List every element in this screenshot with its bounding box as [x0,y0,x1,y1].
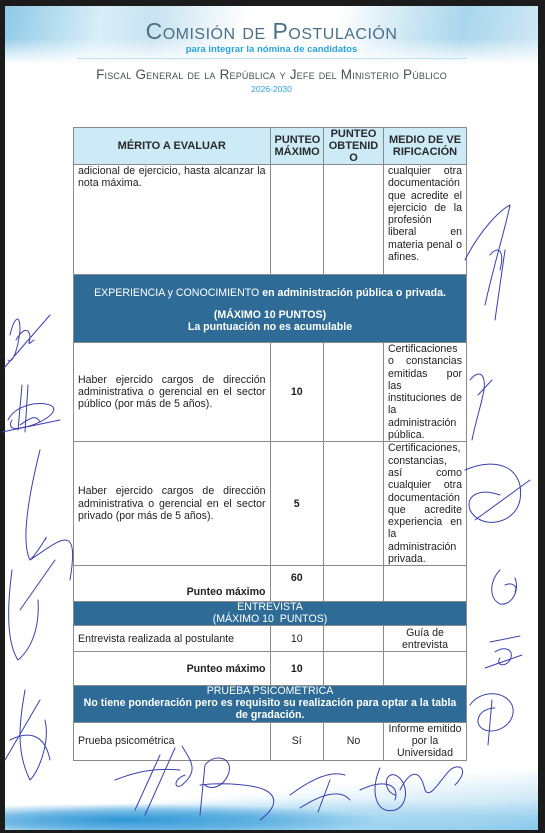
section-experience-note: La puntuación no es acumulable [78,321,462,333]
subtotal-value: 10 [270,652,323,686]
column-header-max-score: PUNTEO MÁXIMO [270,128,323,165]
document-page: Comisión de Postulación para integrar la… [5,6,538,830]
column-header-verification: MEDIO DE VERIFICACIÓN [384,128,467,165]
max-score-cell: 10 [270,343,323,442]
commission-subtitle: para integrar la nómina de candidatos [5,44,538,55]
max-score-cell: Sí [270,722,323,760]
obtained-score-cell [323,165,383,275]
document-years: 2026-2030 [5,84,538,94]
subtotal-row: Punteo máximo 60 [74,566,467,602]
merit-cell: Haber ejercido cargos de dirección admin… [74,343,271,442]
evaluation-table: MÉRITO A EVALUAR PUNTEO MÁXIMO PUNTEO OB… [73,127,467,761]
document-title: Fiscal General de la República y Jefe de… [5,67,538,82]
verification-cell: Guía de entrevista [384,626,467,652]
section-experience-max: (MÁXIMO 10 PUNTOS) [78,309,462,321]
footer-banner [5,770,538,830]
table-row: Prueba psicométrica Sí No Informe emitid… [74,722,467,760]
section-header-psychometric: PRUEBA PSICOMÉTRICA No tiene ponderación… [74,686,467,722]
table-row: Haber ejercido cargos de dirección admin… [74,442,467,566]
verification-cell: Informe emitido por la Universidad [384,722,467,760]
merit-cell: Haber ejercido cargos de dirección admin… [74,442,271,566]
section-psych-note: No tiene ponderación pero es requisito s… [78,698,462,722]
verification-cell: cualquier otra documentación que acredit… [384,165,467,275]
section-header-interview: ENTREVISTA (MÁXIMO 10 PUNTOS) [74,602,467,626]
subtotal-label: Punteo máximo [74,566,271,602]
obtained-score-cell [323,442,383,566]
subtotal-label: Punteo máximo [74,652,271,686]
section-experience-heading: EXPERIENCIA y CONOCIMIENTO en administra… [78,287,462,299]
obtained-score-cell: No [323,722,383,760]
section-header-experience: EXPERIENCIA y CONOCIMIENTO en administra… [74,275,467,343]
merit-cell: Entrevista realizada al postulante [74,626,271,652]
column-header-merit: MÉRITO A EVALUAR [74,128,271,165]
verification-cell: Certificaciones o constancias emitidas p… [384,343,467,442]
column-header-obtained-score: PUNTEO OBTENIDO [323,128,383,165]
table-header-row: MÉRITO A EVALUAR PUNTEO MÁXIMO PUNTEO OB… [74,128,467,165]
header-divider [77,58,467,59]
table-row: adicional de ejercicio, hasta alcanzar l… [74,165,467,275]
subtotal-row: Punteo máximo 10 [74,652,467,686]
max-score-cell: 10 [270,626,323,652]
commission-title: Comisión de Postulación [5,18,538,45]
section-interview-max: (MÁXIMO 10 PUNTOS) [78,614,462,626]
table-row: Haber ejercido cargos de dirección admin… [74,343,467,442]
max-score-cell [270,165,323,275]
max-score-cell: 5 [270,442,323,566]
merit-cell: Prueba psicométrica [74,722,271,760]
verification-cell: Certificaciones, constancias, así como c… [384,442,467,566]
table-row: Entrevista realizada al postulante 10 Gu… [74,626,467,652]
obtained-score-cell [323,626,383,652]
subtotal-value: 60 [270,566,323,602]
obtained-score-cell [323,343,383,442]
merit-cell: adicional de ejercicio, hasta alcanzar l… [74,165,271,275]
